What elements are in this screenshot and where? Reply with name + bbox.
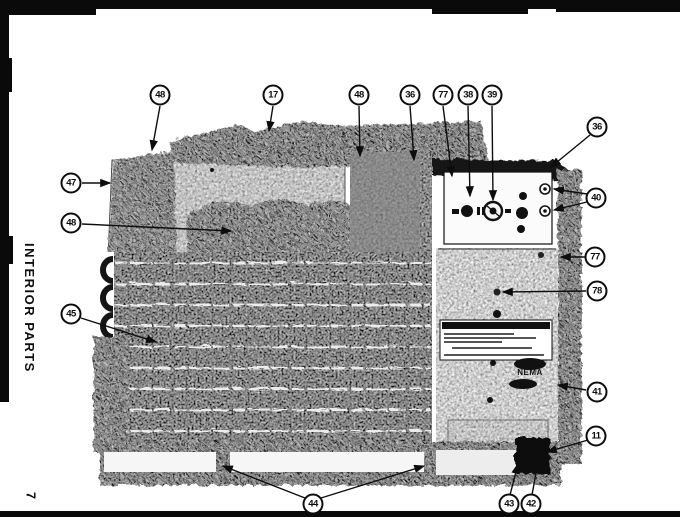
callout-36-right: 36 <box>587 117 608 138</box>
callout-48-left: 48 <box>61 213 82 234</box>
base-pan <box>98 436 560 484</box>
callout-44: 44 <box>303 494 324 515</box>
callout-48-top-mid: 48 <box>349 85 370 106</box>
unit-photo <box>0 0 680 517</box>
callout-41: 41 <box>587 382 608 403</box>
evaporator-side-insulation <box>106 150 176 260</box>
callout-77-right: 77 <box>585 247 606 268</box>
callout-47: 47 <box>61 173 82 194</box>
page-number: 7 <box>24 487 39 505</box>
chassis-right-edge <box>556 168 580 462</box>
callout-78: 78 <box>587 281 608 302</box>
callout-36-top: 36 <box>400 85 421 106</box>
left-frame-channel <box>92 335 126 451</box>
side-title: INTERIOR PARTS <box>21 243 37 363</box>
callout-43: 43 <box>499 494 520 515</box>
callout-39: 39 <box>482 85 503 106</box>
evaporator-coil <box>112 252 432 456</box>
center-duct <box>350 152 432 254</box>
nameplate <box>440 320 552 360</box>
callout-45: 45 <box>61 304 82 325</box>
nema-label: NEMA <box>512 368 548 377</box>
callout-48-top-left: 48 <box>150 85 171 106</box>
callout-17: 17 <box>263 85 284 106</box>
callout-11: 11 <box>586 426 607 447</box>
scanned-manual-page: INTERIOR PARTS 7 <box>0 0 680 517</box>
control-panel <box>444 172 552 244</box>
selector-knob <box>484 202 502 220</box>
cord-clamp <box>514 436 548 472</box>
side-panel <box>436 248 558 460</box>
callout-42: 42 <box>521 494 542 515</box>
callout-40: 40 <box>586 188 607 209</box>
callout-38: 38 <box>458 85 479 106</box>
callout-77-top: 77 <box>433 85 454 106</box>
